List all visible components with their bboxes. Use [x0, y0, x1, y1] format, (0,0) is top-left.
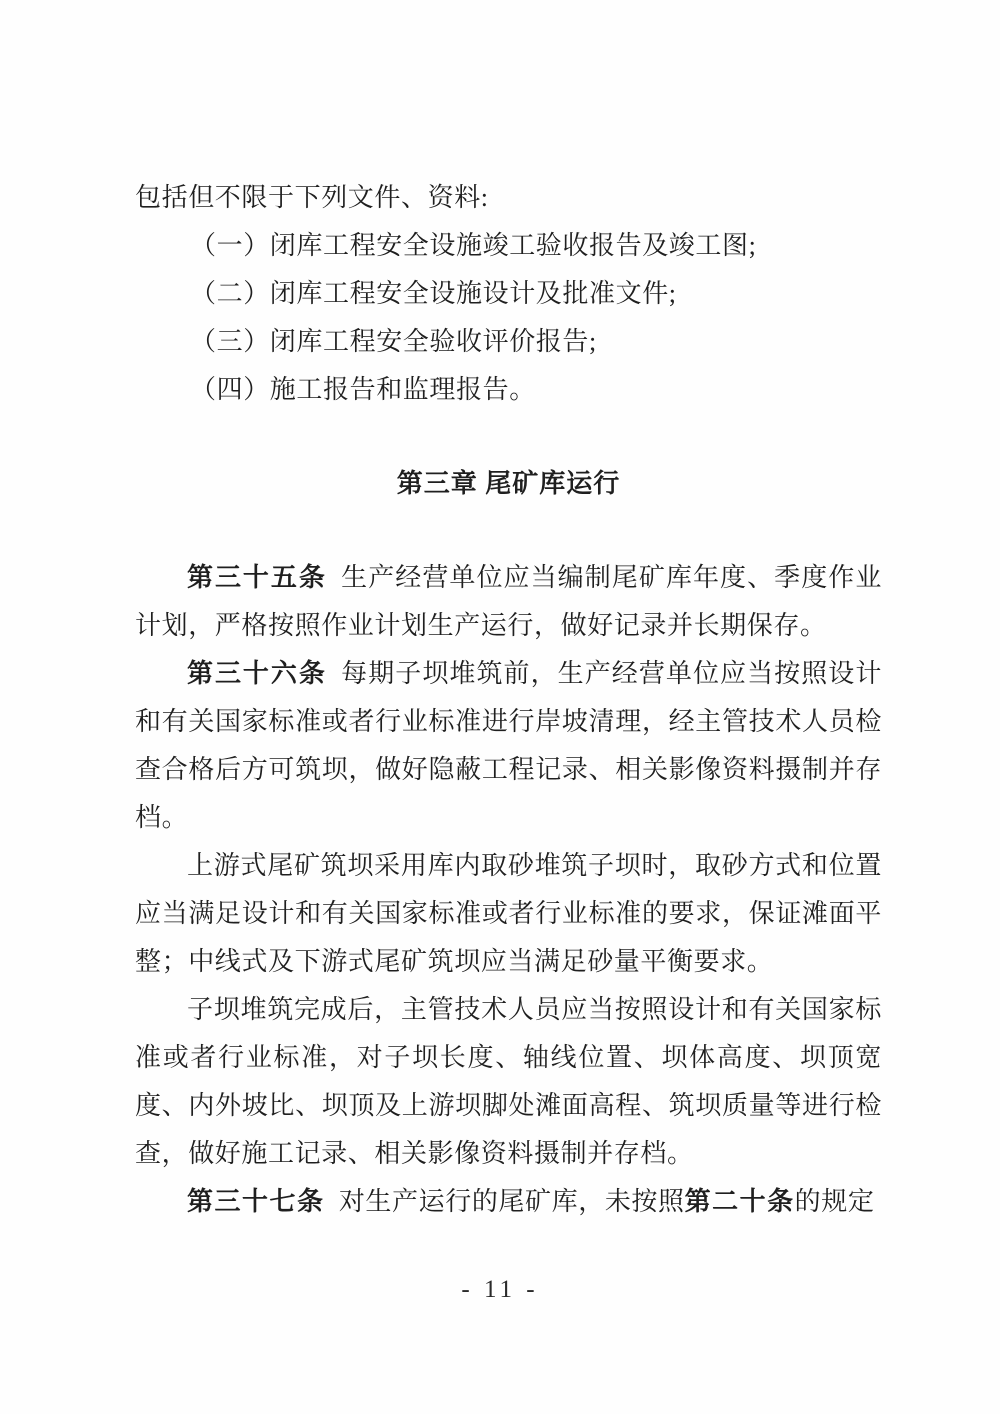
list-item-3: （三）闭库工程安全验收评价报告; [135, 318, 882, 366]
article-36-number: 第三十六条 [187, 659, 327, 688]
article-36-paragraph-3-text: 子坝堆筑完成后，主管技术人员应当按照设计和有关国家标准或者行业标准，对子坝长度、… [135, 995, 882, 1168]
article-36-paragraph-2: 上游式尾矿筑坝采用库内取砂堆筑子坝时，取砂方式和位置应当满足设计和有关国家标准或… [135, 842, 882, 986]
article-35-number: 第三十五条 [187, 563, 327, 592]
page-number: - 11 - [0, 1266, 1000, 1314]
list-item-2: （二）闭库工程安全设施设计及批准文件; [135, 270, 882, 318]
list-item-4: （四）施工报告和监理报告。 [135, 366, 882, 414]
intro-line: 包括但不限于下列文件、资料: [135, 174, 882, 222]
article-35: 第三十五条生产经营单位应当编制尾矿库年度、季度作业计划，严格按照作业计划生产运行… [135, 554, 882, 650]
article-36: 第三十六条每期子坝堆筑前，生产经营单位应当按照设计和有关国家标准或者行业标准进行… [135, 650, 882, 842]
article-37: 第三十七条对生产运行的尾矿库，未按照第二十条的规定 [135, 1178, 882, 1226]
chapter-heading: 第三章 尾矿库运行 [135, 460, 882, 508]
article-37-text-after: 的规定 [795, 1187, 875, 1216]
article-37-number: 第三十七条 [187, 1187, 325, 1216]
article-37-reference: 第二十条 [685, 1187, 795, 1216]
article-36-paragraph-2-text: 上游式尾矿筑坝采用库内取砂堆筑子坝时，取砂方式和位置应当满足设计和有关国家标准或… [135, 851, 882, 976]
page-content: 包括但不限于下列文件、资料: （一）闭库工程安全设施竣工验收报告及竣工图; （二… [135, 174, 882, 1226]
article-36-paragraph-3: 子坝堆筑完成后，主管技术人员应当按照设计和有关国家标准或者行业标准，对子坝长度、… [135, 986, 882, 1178]
document-page: 包括但不限于下列文件、资料: （一）闭库工程安全设施竣工验收报告及竣工图; （二… [0, 0, 1000, 1414]
list-item-1: （一）闭库工程安全设施竣工验收报告及竣工图; [135, 222, 882, 270]
article-37-text-before: 对生产运行的尾矿库，未按照 [339, 1187, 685, 1216]
